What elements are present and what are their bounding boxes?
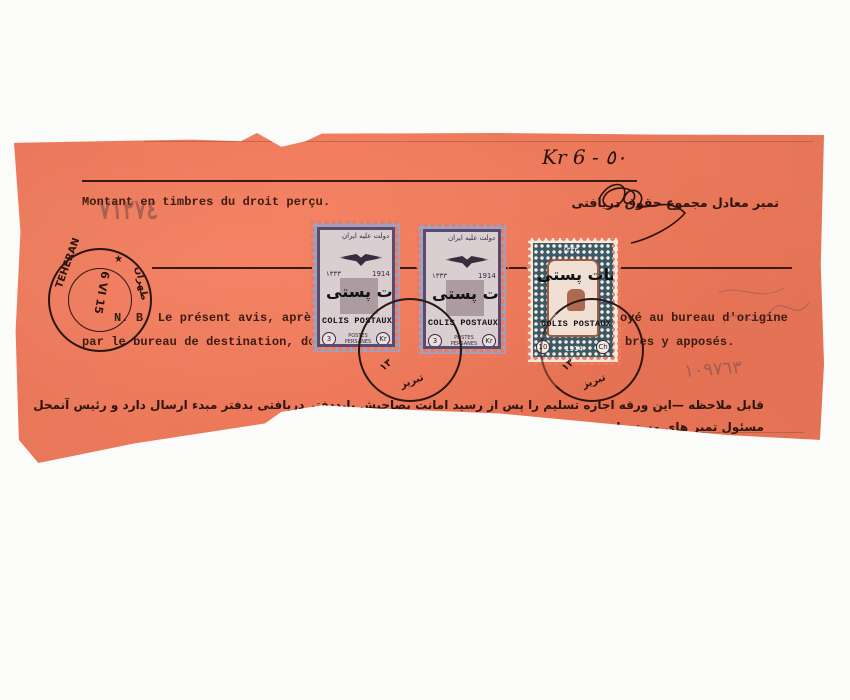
stamp-year: 1914 xyxy=(372,270,390,278)
note-fa-line1: قابل ملاحظه —این ورقه اجازه تسلیم را پس … xyxy=(84,398,764,412)
stamp-header-fa: دولت علیه ایران xyxy=(342,232,389,240)
stamp-year: 1914 xyxy=(478,272,496,280)
rubber-stamp-number: ٧١٢٧٤ xyxy=(99,194,158,225)
faint-bottom-line xyxy=(404,432,804,433)
postmark-city-fa: تبریز xyxy=(581,372,607,391)
stamp-header-fa: دولت علیه ایران xyxy=(448,234,495,242)
stamp-overprint-fa: امانات پستی xyxy=(537,265,613,284)
signature-scribble-icon xyxy=(589,169,709,244)
handwritten-amount: Kr 6 - ٥٠ xyxy=(542,145,627,169)
postmark-star: ★ xyxy=(114,254,123,265)
stamp-year-fa: ١٣٣٣ xyxy=(432,272,447,280)
faravahar-icon xyxy=(444,256,490,268)
stamp-overprint-fa: امانات پستی xyxy=(432,284,501,303)
pencil-scribble-icon xyxy=(714,273,814,353)
faint-header-line xyxy=(144,141,814,142)
pencil-note: ١٠٩٧٦٣ xyxy=(683,357,742,382)
postmark-date: ١٣ xyxy=(560,357,576,373)
postmark-date: ١٣ xyxy=(378,357,394,373)
stamp-unit: Kr xyxy=(482,334,496,348)
postmark-city-fa: تبریز xyxy=(399,372,425,391)
stamp-year-fa: ١٣٣٣ xyxy=(326,270,341,278)
postmark-right: ١٣ تبریز xyxy=(540,298,644,402)
faravahar-icon xyxy=(338,254,384,266)
stamp-overprint-fa: امانات پستی xyxy=(326,282,395,301)
top-rule xyxy=(82,180,637,182)
postmark-center: ١٣ تبریز xyxy=(358,298,462,402)
postmark-teheran: TEHERAN 6 VI 15 ★ طهران xyxy=(48,248,152,352)
stamp-year-fa: ١٣٣٣ xyxy=(563,246,578,254)
stamp-value: 3 xyxy=(322,332,336,346)
